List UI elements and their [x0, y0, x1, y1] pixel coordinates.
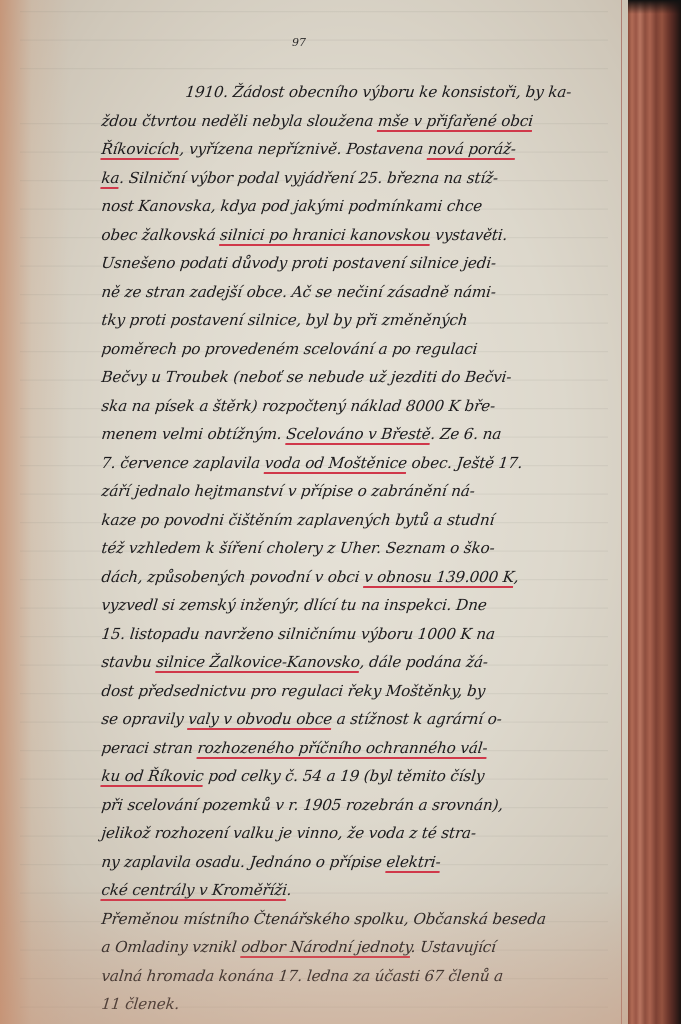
underlined-phrase: silnice Žalkovice-Kanovsko	[155, 653, 360, 671]
text-segment: , dále podána žá-	[359, 653, 489, 671]
text-line: peraci stran rozhozeného příčního ochran…	[100, 734, 628, 763]
chronicle-page: 97 1910. Žádost obecního výboru ke konsi…	[0, 0, 628, 1024]
text-segment: Usnešeno podati důvody proti postavení s…	[101, 254, 497, 272]
text-line: Přeměnou místního Čtenářského spolku, Ob…	[100, 905, 628, 934]
text-segment: kaze po povodni čištěním zaplavených byt…	[101, 511, 496, 529]
text-line: září jednalo hejtmanství v přípise o zab…	[100, 477, 628, 506]
text-segment: ska na písek a štěrk) rozpočtený náklad …	[101, 397, 496, 415]
text-line: tky proti postavení silnice, byl by při …	[100, 306, 628, 335]
underlined-phrase: v obnosu 139.000 K	[363, 568, 515, 586]
text-segment: a stížnost k agrární o-	[331, 710, 503, 728]
text-line: dost předsednictvu pro regulaci řeky Moš…	[100, 677, 628, 706]
text-segment: obec. Ještě 17.	[406, 454, 523, 472]
text-segment: . Ze 6. na	[430, 425, 503, 443]
text-line: ždou čtvrtou neděli nebyla sloužena mše …	[100, 107, 628, 136]
text-line: nost Kanovska, kdya pod jakými podmínkam…	[100, 192, 628, 221]
handwritten-text-block: 1910. Žádost obecního výboru ke konsisto…	[100, 78, 628, 1019]
text-line: Bečvy u Troubek (neboť se nebude už jezd…	[100, 363, 628, 392]
text-segment: a Omladiny vznikl	[101, 938, 243, 956]
text-line: obec žalkovská silnici po hranici kanovs…	[100, 221, 628, 250]
underlined-phrase: valy v obvodu obce	[187, 710, 333, 728]
text-segment: valná hromada konána 17. ledna za účasti…	[101, 967, 504, 985]
underlined-phrase: voda od Moštěnice	[264, 454, 408, 472]
text-segment: menem velmi obtížným.	[101, 425, 288, 443]
text-segment: při scelování pozemků v r. 1905 rozebrán…	[101, 796, 504, 814]
text-segment: též vzhledem k šíření cholery z Uher. Se…	[101, 539, 496, 557]
text-segment: září jednalo hejtmanství v přípise o zab…	[101, 482, 476, 500]
underlined-phrase: Říkovicích	[101, 140, 181, 158]
text-segment: ně ze stran zadejší obce. Ač se nečiní z…	[101, 283, 497, 301]
text-line: 15. listopadu navrženo silničnímu výboru…	[100, 620, 628, 649]
text-segment: 7. července zaplavila	[101, 454, 266, 472]
underlined-phrase: mše v přifařené obci	[377, 112, 534, 130]
text-segment: ždou čtvrtou neděli nebyla sloužena	[101, 112, 379, 130]
text-line: vyzvedl si zemský inženýr, dlící tu na i…	[100, 591, 628, 620]
text-segment: stavbu	[101, 653, 158, 671]
text-line: poměrech po provedeném scelování a po re…	[100, 335, 628, 364]
text-line: kaze po povodni čištěním zaplavených byt…	[100, 506, 628, 535]
underlined-phrase: ku od Říkovic	[101, 767, 205, 785]
text-line: ku od Říkovic pod celky č. 54 a 19 (byl …	[100, 762, 628, 791]
text-line: při scelování pozemků v r. 1905 rozebrán…	[100, 791, 628, 820]
underlined-phrase: elektri-	[385, 853, 441, 871]
page-number: 97	[292, 36, 306, 49]
underlined-phrase: Scelováno v Břestě	[285, 425, 431, 443]
text-segment: dost předsednictvu pro regulaci řeky Moš…	[101, 682, 487, 700]
text-segment: .	[286, 881, 293, 899]
text-segment: jelikož rozhození valku je vinno, že vod…	[101, 824, 477, 842]
text-line: jelikož rozhození valku je vinno, že vod…	[100, 819, 628, 848]
text-line: 7. července zaplavila voda od Moštěnice …	[100, 449, 628, 478]
text-segment: Přeměnou místního Čtenářského spolku, Ob…	[101, 910, 547, 928]
text-segment: Bečvy u Troubek (neboť se nebude už jezd…	[101, 368, 513, 386]
text-line: ka. Silniční výbor podal vyjádření 25. b…	[100, 164, 628, 193]
text-line: dách, způsobených povodní v obci v obnos…	[100, 563, 628, 592]
text-line: ny zaplavila osadu. Jednáno o přípise el…	[100, 848, 628, 877]
underlined-phrase: silnici po hranici kanovskou	[219, 226, 431, 244]
text-line: valná hromada konána 17. ledna za účasti…	[100, 962, 628, 991]
text-segment: se opravily	[101, 710, 190, 728]
underlined-phrase: ka	[101, 169, 121, 187]
text-segment: vystavěti.	[430, 226, 509, 244]
text-line: Říkovicích, vyřízena nepříznivě. Postave…	[100, 135, 628, 164]
text-segment: , vyřízena nepříznivě. Postavena	[179, 140, 429, 158]
underlined-phrase: rozhozeného příčního ochranného vál-	[197, 739, 489, 757]
text-segment: peraci stran	[101, 739, 199, 757]
text-line: cké centrály v Kroměříži.	[100, 876, 628, 905]
text-line: Usnešeno podati důvody proti postavení s…	[100, 249, 628, 278]
underlined-phrase: odbor Národní jednoty	[240, 938, 412, 956]
text-segment: ny zaplavila osadu. Jednáno o přípise	[101, 853, 388, 871]
underlined-phrase: nová poráž-	[427, 140, 517, 158]
text-segment: tky proti postavení silnice, byl by při …	[101, 311, 469, 329]
text-segment: obec žalkovská	[101, 226, 222, 244]
text-segment: 1910. Žádost obecního výboru ke konsisto…	[185, 83, 573, 101]
text-line: též vzhledem k šíření cholery z Uher. Se…	[100, 534, 628, 563]
text-line: ska na písek a štěrk) rozpočtený náklad …	[100, 392, 628, 421]
text-line: a Omladiny vznikl odbor Národní jednoty.…	[100, 933, 628, 962]
text-line: menem velmi obtížným. Scelováno v Břestě…	[100, 420, 628, 449]
text-segment: pod celky č. 54 a 19 (byl těmito čísly	[203, 767, 486, 785]
text-segment: . Silniční výbor podal vyjádření 25. bře…	[119, 169, 499, 187]
underlined-phrase: cké centrály v Kroměříži	[101, 881, 288, 899]
text-segment: vyzvedl si zemský inženýr, dlící tu na i…	[101, 596, 488, 614]
text-segment: poměrech po provedeném scelování a po re…	[101, 340, 479, 358]
text-segment: dách, způsobených povodní v obci	[101, 568, 366, 586]
book-page-edges	[628, 0, 681, 1024]
text-segment: 11 členek.	[101, 995, 181, 1013]
text-line: se opravily valy v obvodu obce a stížnos…	[100, 705, 628, 734]
text-segment: . Ustavující	[410, 938, 497, 956]
text-segment: 15. listopadu navrženo silničnímu výboru…	[101, 625, 496, 643]
text-segment: nost Kanovska, kdya pod jakými podmínkam…	[101, 197, 483, 215]
text-line: 1910. Žádost obecního výboru ke konsisto…	[100, 78, 628, 107]
text-line: ně ze stran zadejší obce. Ač se nečiní z…	[100, 278, 628, 307]
text-segment: ,	[513, 568, 520, 586]
text-line: 11 členek.	[100, 990, 628, 1019]
text-line: stavbu silnice Žalkovice-Kanovsko, dále …	[100, 648, 628, 677]
